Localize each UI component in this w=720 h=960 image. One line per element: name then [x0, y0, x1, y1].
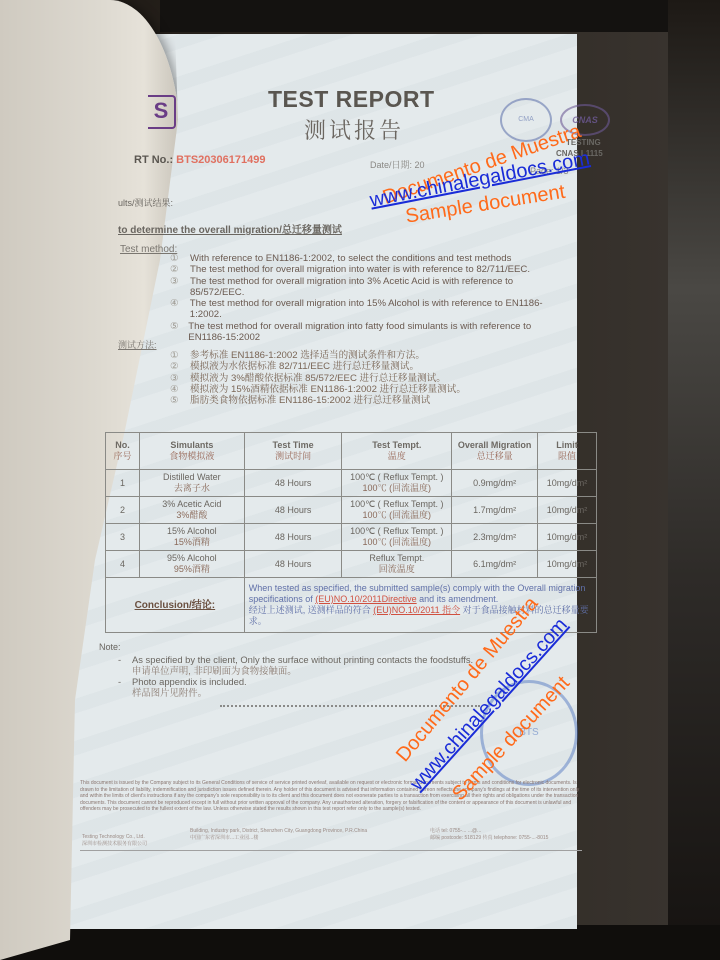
header-test-time: Test Time测试时间 [244, 433, 342, 470]
cell-limit: 10mg/dm² [538, 497, 597, 524]
item-text: 模拟液为 15%酒精依据标准 EN1186-1:2002 进行总迁移量测试。 [190, 384, 466, 395]
item-number: ③ [170, 373, 190, 384]
cell-limit: 10mg/dm² [538, 524, 597, 551]
item-text: The test method for overall migration in… [190, 276, 570, 299]
item-text: 模拟液为水依据标准 82/711/EEC 进行总迁移量测试。 [190, 361, 419, 372]
footer-contact: 电话 tel: 0755-... ...@... 邮编 postcode: 51… [430, 828, 580, 842]
method-item: ①With reference to EN1186-1:2002, to sel… [170, 253, 570, 264]
method-item: ③The test method for overall migration i… [170, 276, 570, 299]
conclusion-label: Conclusion/结论: [135, 600, 216, 611]
report-number-value: BTS20306171499 [176, 154, 265, 166]
results-label: ults/测试结果: [118, 196, 173, 209]
page-number: Page: 1/3 [530, 166, 569, 176]
cell-migration: 6.1mg/dm² [452, 551, 538, 578]
cell-migration: 2.3mg/dm² [452, 524, 538, 551]
terms-fine-print: This document is issued by the Company s… [80, 780, 580, 813]
item-text: The test method for overall migration in… [190, 264, 530, 275]
item-number: ⑤ [170, 395, 190, 406]
report-title-cn: 测试报告 [304, 114, 404, 145]
item-number: ④ [170, 298, 190, 321]
cell-temp: 100℃ ( Reflux Tempt. )100℃ (回流温度) [342, 470, 452, 497]
cell-temp: 100℃ ( Reflux Tempt. )100℃ (回流温度) [342, 524, 452, 551]
regulation-reference-cn: (EU)NO.10/2011 指令 [373, 605, 460, 615]
footer-address: Building, Industry park, District, Shenz… [190, 828, 420, 842]
footer-company: Testing Technology Co., Ltd.深圳市检测技术服务有限公… [82, 834, 182, 848]
test-method-heading: Test method: [120, 244, 177, 255]
company-seal-icon: BTS [480, 680, 578, 786]
method-item-cn: ⑤脂肪类食物依据标准 EN1186-15:2002 进行总迁移量测试 [170, 395, 530, 406]
cell-migration: 0.9mg/dm² [452, 470, 538, 497]
cell-time: 48 Hours [244, 524, 342, 551]
cell-migration: 1.7mg/dm² [452, 497, 538, 524]
report-number: RT No.: BTS20306171499 [134, 154, 265, 166]
cma-stamp-icon: CMA [500, 98, 552, 142]
footer-divider [80, 850, 582, 851]
cnas-number: CNAS L1115 [556, 149, 603, 158]
item-number: ④ [170, 384, 190, 395]
item-number: ① [170, 253, 190, 264]
report-number-label: RT No.: [134, 154, 173, 166]
company-logo: S [148, 95, 176, 129]
cell-no: 3 [106, 524, 140, 551]
item-text: 参考标准 EN1186-1:2002 选择适当的测试条件和方法。 [190, 350, 425, 361]
item-number: ① [170, 350, 190, 361]
method-item-cn: ②模拟液为水依据标准 82/711/EEC 进行总迁移量测试。 [170, 361, 530, 372]
cell-simulant: 15% Alcohol15%酒精 [139, 524, 244, 551]
note-item: -As specified by the client, Only the su… [118, 654, 473, 676]
table-row: 1Distilled Water去离子水48 Hours100℃ ( Reflu… [106, 470, 597, 497]
method-item: ⑤The test method for overall migration i… [170, 321, 570, 344]
conclusion-row: Conclusion/结论: When tested as specified,… [106, 578, 597, 633]
report-title: TEST REPORT [268, 86, 435, 113]
testing-label: TESTING [566, 138, 601, 147]
header-overall-migration: Overall Migration总迁移量 [452, 433, 538, 470]
method-item-cn: ④模拟液为 15%酒精依据标准 EN1186-1:2002 进行总迁移量测试。 [170, 384, 530, 395]
cell-no: 2 [106, 497, 140, 524]
item-text: 模拟液为 3%醋酸依据标准 85/572/EEC 进行总迁移量测试。 [190, 373, 446, 384]
item-text: The test method for overall migration in… [190, 298, 570, 321]
item-text: With reference to EN1186-1:2002, to sele… [190, 253, 511, 264]
method-item: ②The test method for overall migration i… [170, 264, 570, 275]
table-row: 23% Acetic Acid3%醋酸48 Hours100℃ ( Reflux… [106, 497, 597, 524]
header-limit: Limit限值 [538, 433, 597, 470]
method-item-cn: ①参考标准 EN1186-1:2002 选择适当的测试条件和方法。 [170, 350, 530, 361]
note-label: Note: [99, 642, 121, 652]
cell-time: 48 Hours [244, 470, 342, 497]
note-item: -Photo appendix is included.样品图片见附件。 [118, 676, 473, 698]
test-method-list-en: ①With reference to EN1186-1:2002, to sel… [170, 253, 570, 343]
item-number: ⑤ [170, 321, 188, 344]
table-header-row: No.序号 Simulants食物模拟液 Test Time测试时间 Test … [106, 433, 597, 470]
cell-no: 4 [106, 551, 140, 578]
note-list: -As specified by the client, Only the su… [118, 654, 473, 698]
conclusion-text: When tested as specified, the submitted … [244, 578, 596, 633]
item-text: The test method for overall migration in… [188, 321, 570, 344]
cell-time: 48 Hours [244, 497, 342, 524]
cell-limit: 10mg/dm² [538, 470, 597, 497]
cell-simulant: 3% Acetic Acid3%醋酸 [139, 497, 244, 524]
cell-limit: 10mg/dm² [538, 551, 597, 578]
background-top [160, 0, 720, 32]
section-heading: to determine the overall migration/总迁移量测… [118, 221, 342, 236]
cell-simulant: Distilled Water去离子水 [139, 470, 244, 497]
cell-temp: Reflux Tempt.回流温度 [342, 551, 452, 578]
header-test-tempt: Test Tempt.温度 [342, 433, 452, 470]
cnas-stamp-icon: CNAS [560, 104, 610, 136]
cell-temp: 100℃ ( Reflux Tempt. )100℃ (回流温度) [342, 497, 452, 524]
item-number: ② [170, 361, 190, 372]
header-simulants: Simulants食物模拟液 [139, 433, 244, 470]
header-no: No.序号 [106, 433, 140, 470]
test-method-list-cn: ①参考标准 EN1186-1:2002 选择适当的测试条件和方法。 ②模拟液为水… [170, 350, 530, 406]
background-right [668, 0, 720, 960]
report-date: Date/日期: 20 [370, 158, 425, 171]
method-item: ④The test method for overall migration i… [170, 298, 570, 321]
item-number: ② [170, 264, 190, 275]
method-item-cn: ③模拟液为 3%醋酸依据标准 85/572/EEC 进行总迁移量测试。 [170, 373, 530, 384]
cell-time: 48 Hours [244, 551, 342, 578]
item-number: ③ [170, 276, 190, 299]
table-row: 315% Alcohol15%酒精48 Hours100℃ ( Reflux T… [106, 524, 597, 551]
results-table: No.序号 Simulants食物模拟液 Test Time测试时间 Test … [105, 432, 597, 633]
item-text: 脂肪类食物依据标准 EN1186-15:2002 进行总迁移量测试 [190, 395, 430, 406]
table-row: 495% Alcohol95%酒精48 HoursReflux Tempt.回流… [106, 551, 597, 578]
regulation-reference: (EU)NO.10/2011Directive [315, 594, 416, 604]
cell-no: 1 [106, 470, 140, 497]
end-of-report-line [220, 705, 480, 707]
cell-simulant: 95% Alcohol95%酒精 [139, 551, 244, 578]
background-bottom [0, 925, 720, 960]
test-method-heading-cn: 测试方法: [118, 338, 157, 351]
